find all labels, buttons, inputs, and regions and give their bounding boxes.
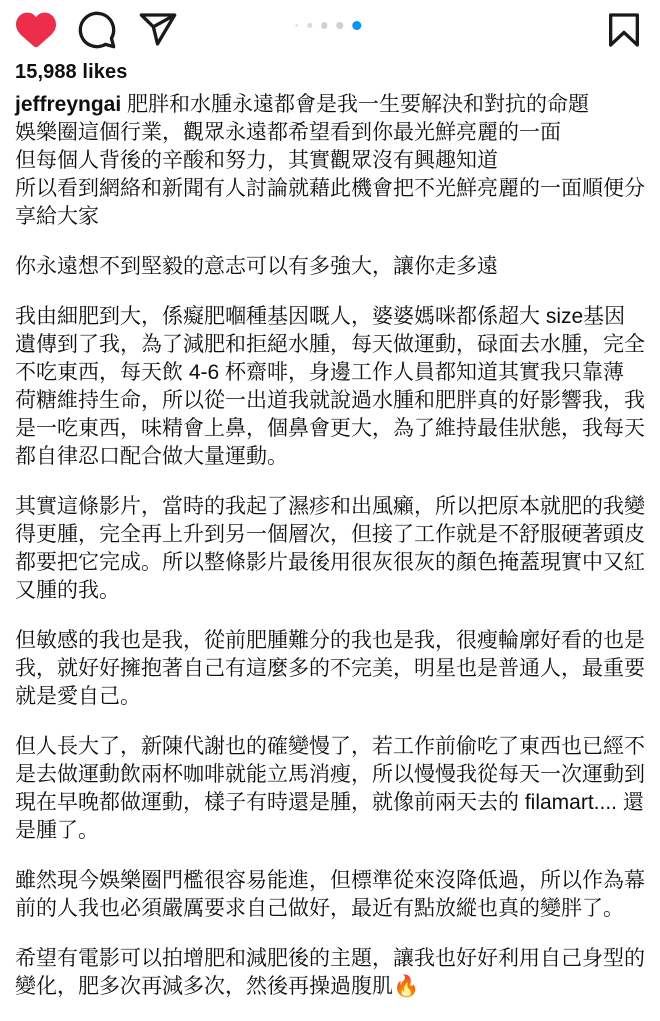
username-link[interactable]: jeffreyngai xyxy=(15,93,127,116)
like-button[interactable] xyxy=(15,9,57,51)
share-button[interactable] xyxy=(137,9,179,51)
caption-paragraph: 雖然現今娛樂圈門檻很容易能進，但標準從來沒降低過，所以作為幕前的人我也必須嚴厲要… xyxy=(15,867,645,923)
comment-icon xyxy=(77,10,117,50)
action-bar-left xyxy=(15,9,179,51)
caption-paragraph: 你永遠想不到堅毅的意志可以有多強大，讓你走多遠 xyxy=(15,253,645,281)
caption-paragraph: 但敏感的我也是我，從前肥腫難分的我也是我，很瘦輪廓好看的也是我，就好好擁抱著自己… xyxy=(15,627,645,711)
caption-paragraph: jeffreyngai 肥胖和水腫永遠都會是我一生要解決和對抗的命題 娛樂圈這個… xyxy=(15,91,645,231)
caption-paragraph: 希望有電影可以拍增肥和減肥後的主題，讓我也好好利用自己身型的變化，肥多次再減多次… xyxy=(15,945,645,1001)
comment-button[interactable] xyxy=(76,9,118,51)
bookmark-icon xyxy=(604,8,644,52)
caption: jeffreyngai 肥胖和水腫永遠都會是我一生要解決和對抗的命題 娛樂圈這個… xyxy=(15,91,645,1001)
save-button[interactable] xyxy=(603,9,645,51)
carousel-dot xyxy=(352,21,361,30)
action-bar xyxy=(15,0,645,57)
instagram-post: 15,988 likes jeffreyngai 肥胖和水腫永遠都會是我一生要解… xyxy=(0,0,660,1001)
heart-icon xyxy=(15,10,57,50)
carousel-dot xyxy=(321,22,328,29)
caption-paragraph: 我由細肥到大，係癡肥嗰種基因嘅人，婆婆媽咪都係超大 size基因遺傳到了我，為了… xyxy=(15,303,645,471)
likes-count[interactable]: 15,988 likes xyxy=(15,60,645,84)
carousel-dot xyxy=(307,23,312,28)
caption-paragraph: 其實這條影片，當時的我起了濕疹和出風癩，所以把原本就肥的我變得更腫，完全再上升到… xyxy=(15,493,645,605)
caption-paragraph: 但人長大了，新陳代謝也的確變慢了，若工作前偷吃了東西也已經不是去做運動飲兩杯咖啡… xyxy=(15,733,645,845)
share-icon xyxy=(138,10,178,50)
carousel-dots xyxy=(295,21,361,30)
carousel-dot xyxy=(295,24,298,27)
carousel-dot xyxy=(336,22,343,29)
